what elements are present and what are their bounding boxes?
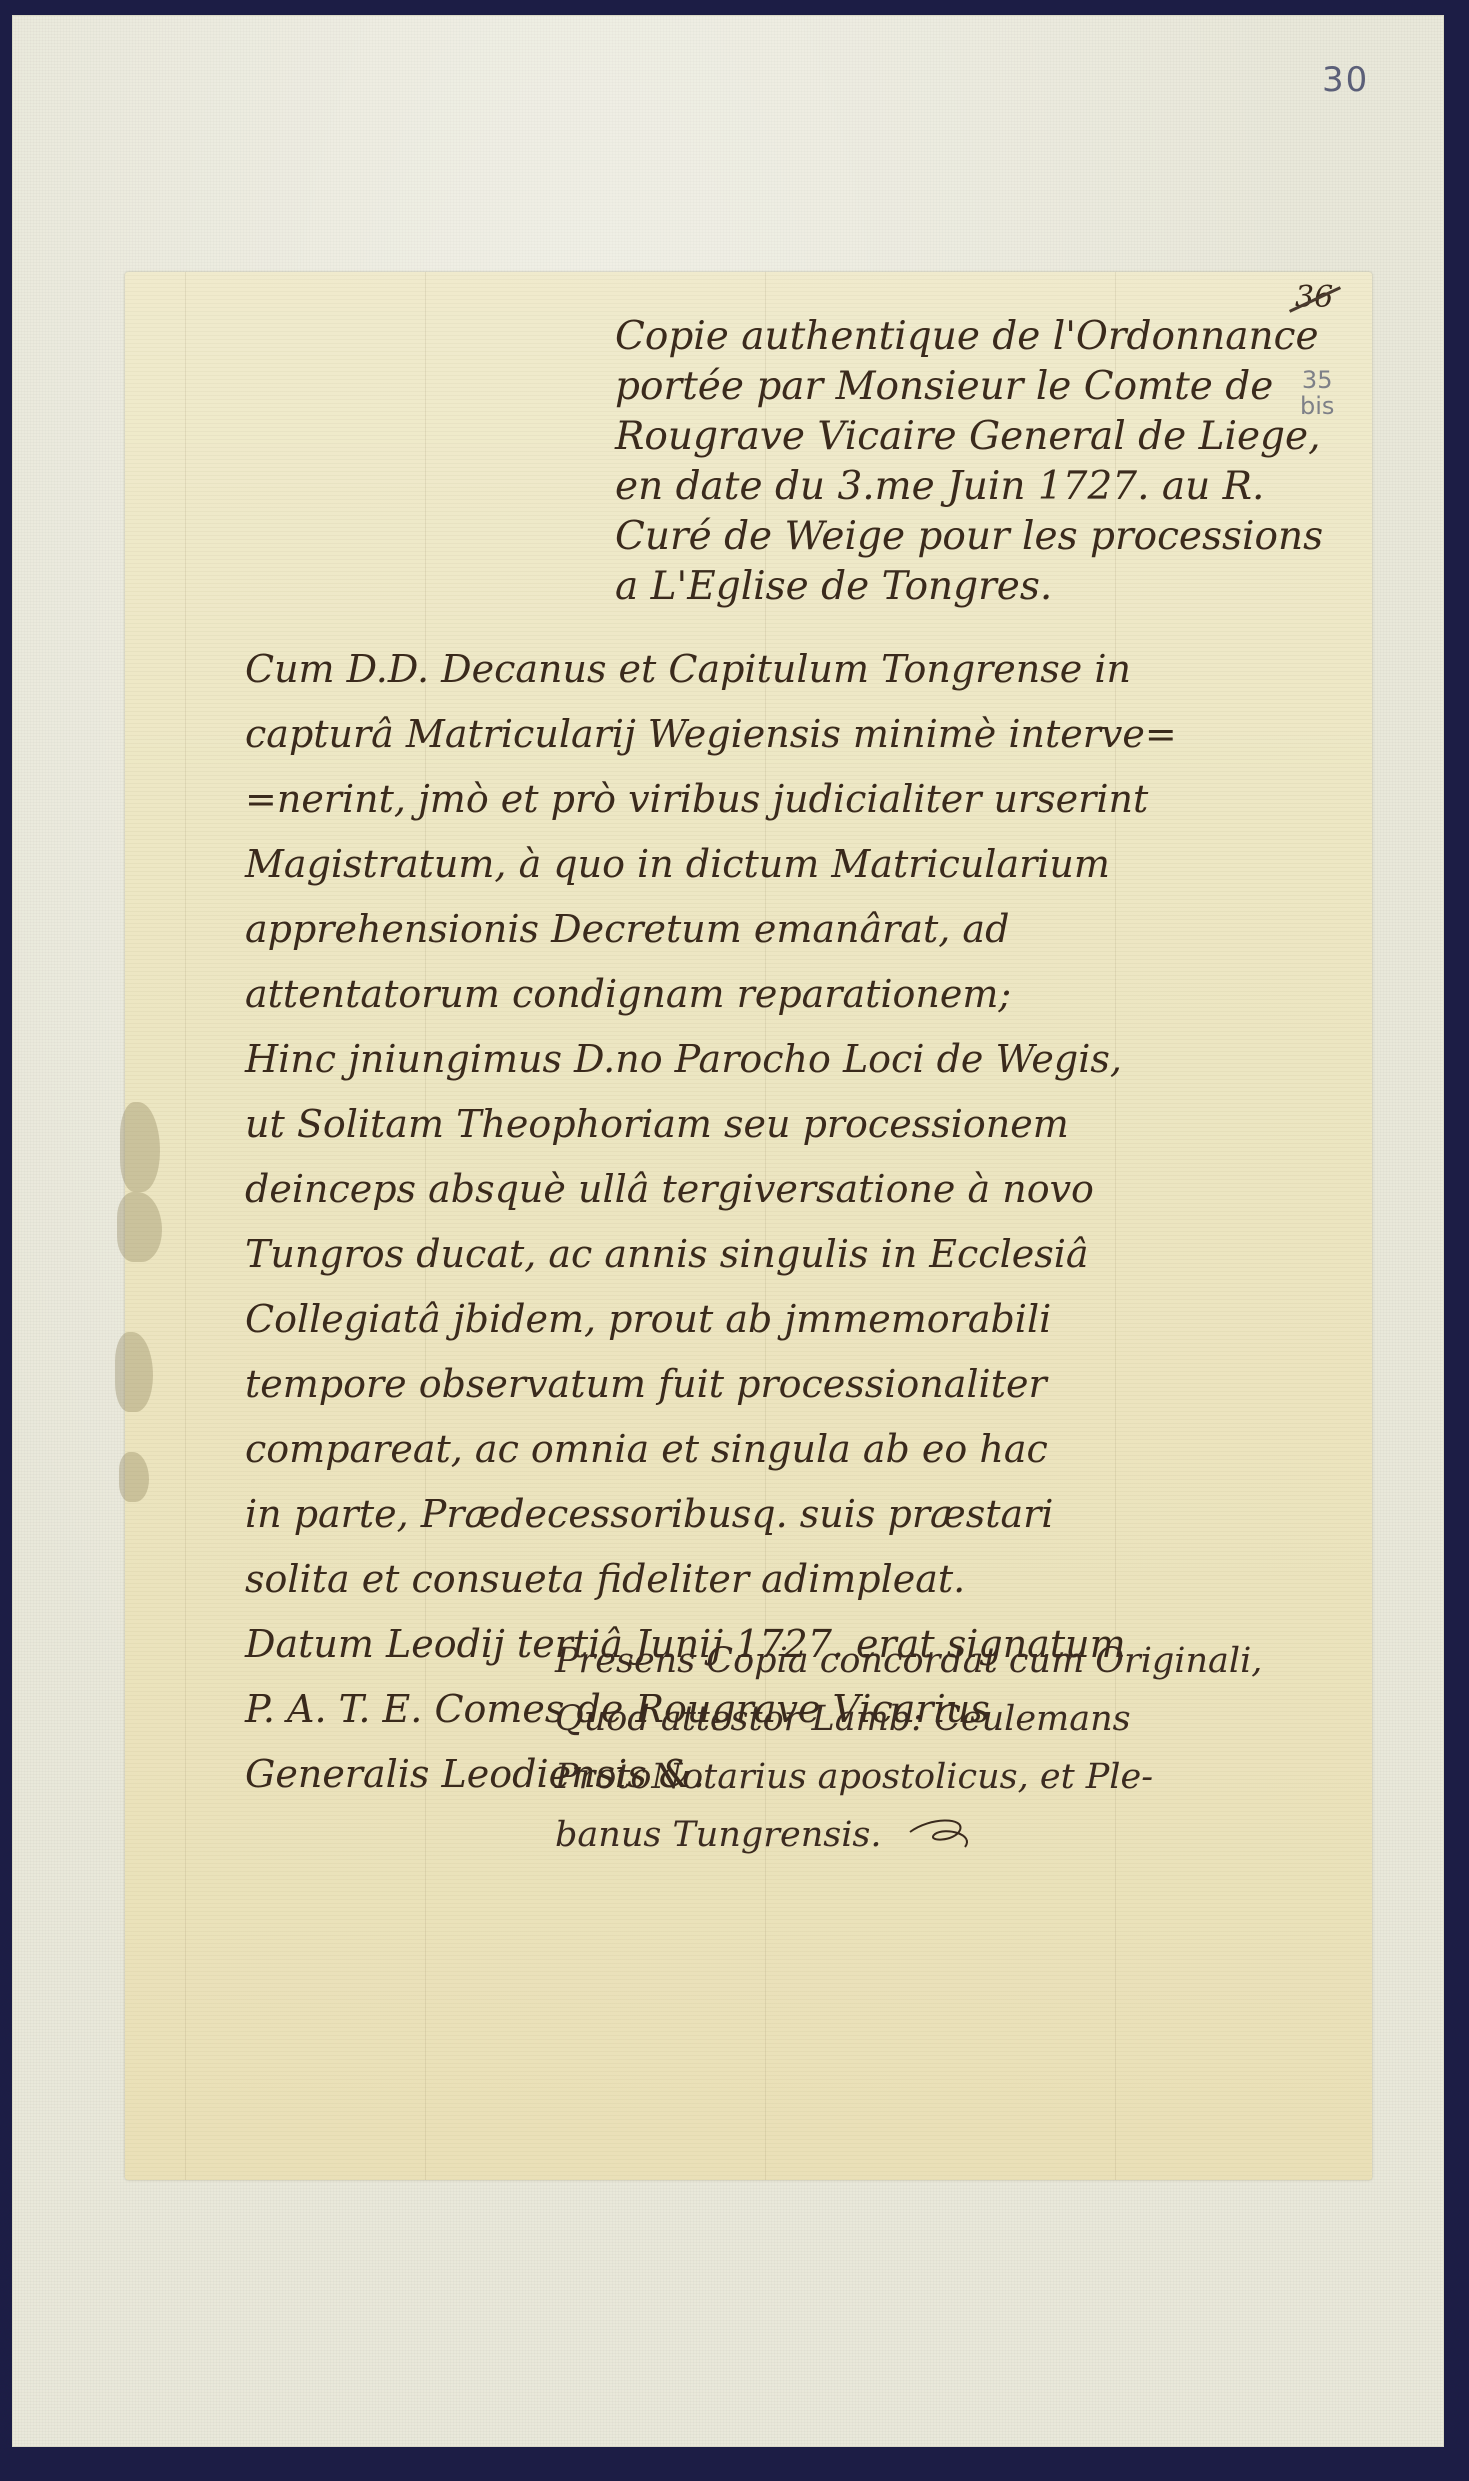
body-line: attentatorum condignam reparationem; xyxy=(245,962,1345,1027)
attestation-line: ProtoNotarius apostolicus, et Ple- xyxy=(555,1748,1335,1806)
chain-line xyxy=(185,272,186,2180)
body-line: deinceps absquè ullâ tergiversatione à n… xyxy=(245,1157,1345,1222)
heading-line: a L'Eglise de Tongres. xyxy=(615,562,1355,612)
body-line: solita et consueta fideliter adimpleat. xyxy=(245,1547,1345,1612)
heading-line: Rougrave Vicaire General de Liege, xyxy=(615,412,1355,462)
document-heading: Copie authentique de l'Ordonnance portée… xyxy=(615,312,1355,612)
attestation-line: Presens Copia concordat cum Originali, xyxy=(555,1632,1335,1690)
attestation-line: Quod attestor Lamb: Ceulemans xyxy=(555,1690,1335,1748)
body-line: Cum D.D. Decanus et Capitulum Tongrense … xyxy=(245,637,1345,702)
paper-stain xyxy=(120,1102,160,1192)
folio-number: 30 xyxy=(1322,60,1369,100)
body-line: ut Solitam Theophoriam seu processionem xyxy=(245,1092,1345,1157)
body-line: in parte, Prædecessoribusq. suis præstar… xyxy=(245,1482,1345,1547)
paper-stain xyxy=(117,1192,162,1262)
body-line: Tungros ducat, ac annis singulis in Eccl… xyxy=(245,1222,1345,1287)
body-line: =nerint, jmò et prò viribus judicialiter… xyxy=(245,767,1345,832)
body-line: Magistratum, à quo in dictum Matriculari… xyxy=(245,832,1345,897)
manuscript-page: 36 35 bis Copie authentique de l'Ordonna… xyxy=(125,272,1372,2180)
body-line: Collegiatâ jbidem, prout ab jmmemorabili xyxy=(245,1287,1345,1352)
body-line: apprehensionis Decretum emanârat, ad xyxy=(245,897,1345,962)
body-line: Hinc jniungimus D.no Parocho Loci de Weg… xyxy=(245,1027,1345,1092)
paper-stain xyxy=(119,1452,149,1502)
heading-line: en date du 3.me Juin 1727. au R. xyxy=(615,462,1355,512)
signature-flourish-icon xyxy=(905,1812,995,1852)
body-line: tempore observatum fuit processionaliter xyxy=(245,1352,1345,1417)
heading-line: portée par Monsieur le Comte de xyxy=(615,362,1355,412)
body-line: capturâ Matricularij Wegiensis minimè in… xyxy=(245,702,1345,767)
heading-line: Curé de Weige pour les processions xyxy=(615,512,1355,562)
body-line: compareat, ac omnia et singula ab eo hac xyxy=(245,1417,1345,1482)
old-folio-number: 36 xyxy=(1295,280,1333,315)
paper-stain xyxy=(115,1332,153,1412)
heading-line: Copie authentique de l'Ordonnance xyxy=(615,312,1355,362)
